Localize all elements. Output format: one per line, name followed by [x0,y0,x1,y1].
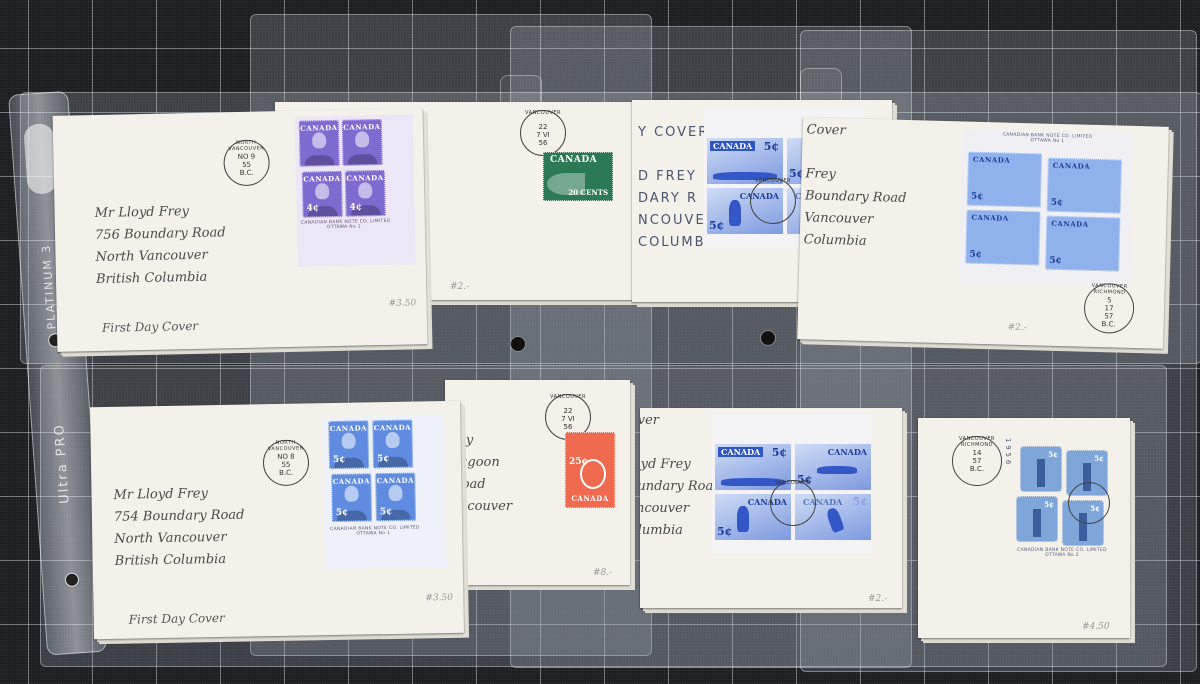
price-note: #2.- [450,282,469,292]
plate-numbers: 1 9 5 6 [1004,438,1012,465]
stamp-explorer: CANADA5¢ [1047,158,1122,214]
plate-imprint: CANADIAN BANK NOTE CO. LIMITED OTTAWA No… [992,132,1102,145]
portrait-body [347,154,377,165]
price-note: #3.50 [425,593,453,603]
punch-hole [510,336,526,352]
first-day-cover-note: First Day Cover [129,611,225,627]
flask-graphic [580,459,606,489]
stamp: CANADA4¢ [345,170,386,217]
stamp: CANADA5¢ [331,473,372,522]
punch-hole [760,330,776,346]
portrait [358,182,372,198]
portrait-body [304,155,334,166]
address: Mr Lloyd Frey 754 Boundary Road North Va… [113,483,245,573]
stamp: CANADA5¢ [328,420,369,469]
stamp-block-map: CANADIAN BANK NOTE CO. LIMITED OTTAWA No… [959,129,1133,285]
postmark: NORTH VANCOUVER NO 9 55 B.C. [223,139,270,186]
portrait [385,432,399,448]
postmark: NORTH VANCOUVER NO 8 55 B.C. [263,439,310,486]
cover-bottom-2: VANCOUVER 22 7 VI 56 25¢ CANADA Frey Dra… [445,380,630,585]
address: Cover Lloyd Frey Boundary Road Vancouver… [640,410,722,542]
plate-imprint: CANADIAN BANK NOTE CO. LIMITED OTTAWA No… [301,219,387,231]
stamp-explorer: CANADA5¢ [1045,216,1120,272]
stamp-explorer: CANADA5¢ [965,210,1040,266]
address: Cover Frey Boundary Road Vancouver Colum… [803,119,908,254]
stamp: CANADA [342,119,383,166]
cover-bottom-4: VANCOUVER RICHMOND 14 57 B.C. 1 9 5 6 5¢… [918,418,1130,638]
postmark: VANCOUVER [750,178,796,224]
plate-imprint: CANADIAN BANK NOTE CO. LIMITED OTTAWA No… [1014,548,1110,558]
portrait [315,183,329,199]
paper-roll-graphic [547,173,585,195]
postmark: VANCOUVER [770,480,816,526]
portrait [341,433,355,449]
portrait [388,485,402,501]
stamp-block-blue: CANADA5¢ CANADA5¢ CANADA5¢ CANADA5¢ CANA… [322,415,447,569]
stamp: CANADA5¢ [375,473,416,522]
postmark: VANCOUVER RICHMOND 14 57 B.C. [952,436,1002,486]
portrait [344,486,358,502]
stamp-explorer: CANADA5¢ [967,152,1042,208]
price-note: #3.50 [388,298,416,309]
price-note: #2.- [1007,323,1026,333]
plate-imprint: CANADIAN BANK NOTE CO. LIMITED OTTAWA No… [330,526,416,537]
portrait [355,131,369,147]
stamp-block-purple: CANADA CANADA CANADA4¢ CANADA4¢ CANADIAN… [295,114,416,266]
brand-logo-text: Ultra PRO [52,423,73,505]
postmark: VANCOUVER RICHMOND 5 17 57 B.C. [1083,283,1134,334]
swimmer-graphic [817,466,857,474]
hunter-graphic [729,200,741,226]
cover-top-4: Cover Frey Boundary Road Vancouver Colum… [797,117,1169,349]
hunter-graphic [737,506,749,532]
tower-graphic [1037,459,1045,487]
skier-graphic [825,507,844,534]
cover-bottom-1: NORTH VANCOUVER NO 8 55 B.C. CANADA5¢ CA… [90,401,464,639]
portrait [312,132,326,148]
stamp-parliament: 5¢ [1020,446,1062,492]
postmark: VANCOUVER 22 7 VI 56 [520,110,566,156]
price-note: #8.- [593,568,612,578]
cancel-postmark [1068,482,1110,524]
stamp-parliament: 5¢ [1016,496,1058,542]
chemical-industry-stamp: 25¢ CANADA [565,432,615,508]
punch-hole [64,572,79,587]
cover-bottom-3: Cover Lloyd Frey Boundary Road Vancouver… [640,408,902,608]
paper-industry-stamp: CANADA 20 CENTS [543,152,613,201]
address: Mr Lloyd Frey 756 Boundary Road North Va… [94,200,226,291]
cover-top-1: NORTH VANCOUVER NO 9 55 B.C. CANADA CANA… [53,108,428,352]
stamp: CANADA4¢ [302,171,343,218]
stamp: CANADA5¢ [372,420,413,469]
stamp: CANADA [299,120,340,167]
price-note: #2.- [868,594,887,604]
first-day-cover-note: First Day Cover [102,319,198,335]
price-note: #4.50 [1082,622,1110,632]
tower-graphic [1033,509,1041,537]
